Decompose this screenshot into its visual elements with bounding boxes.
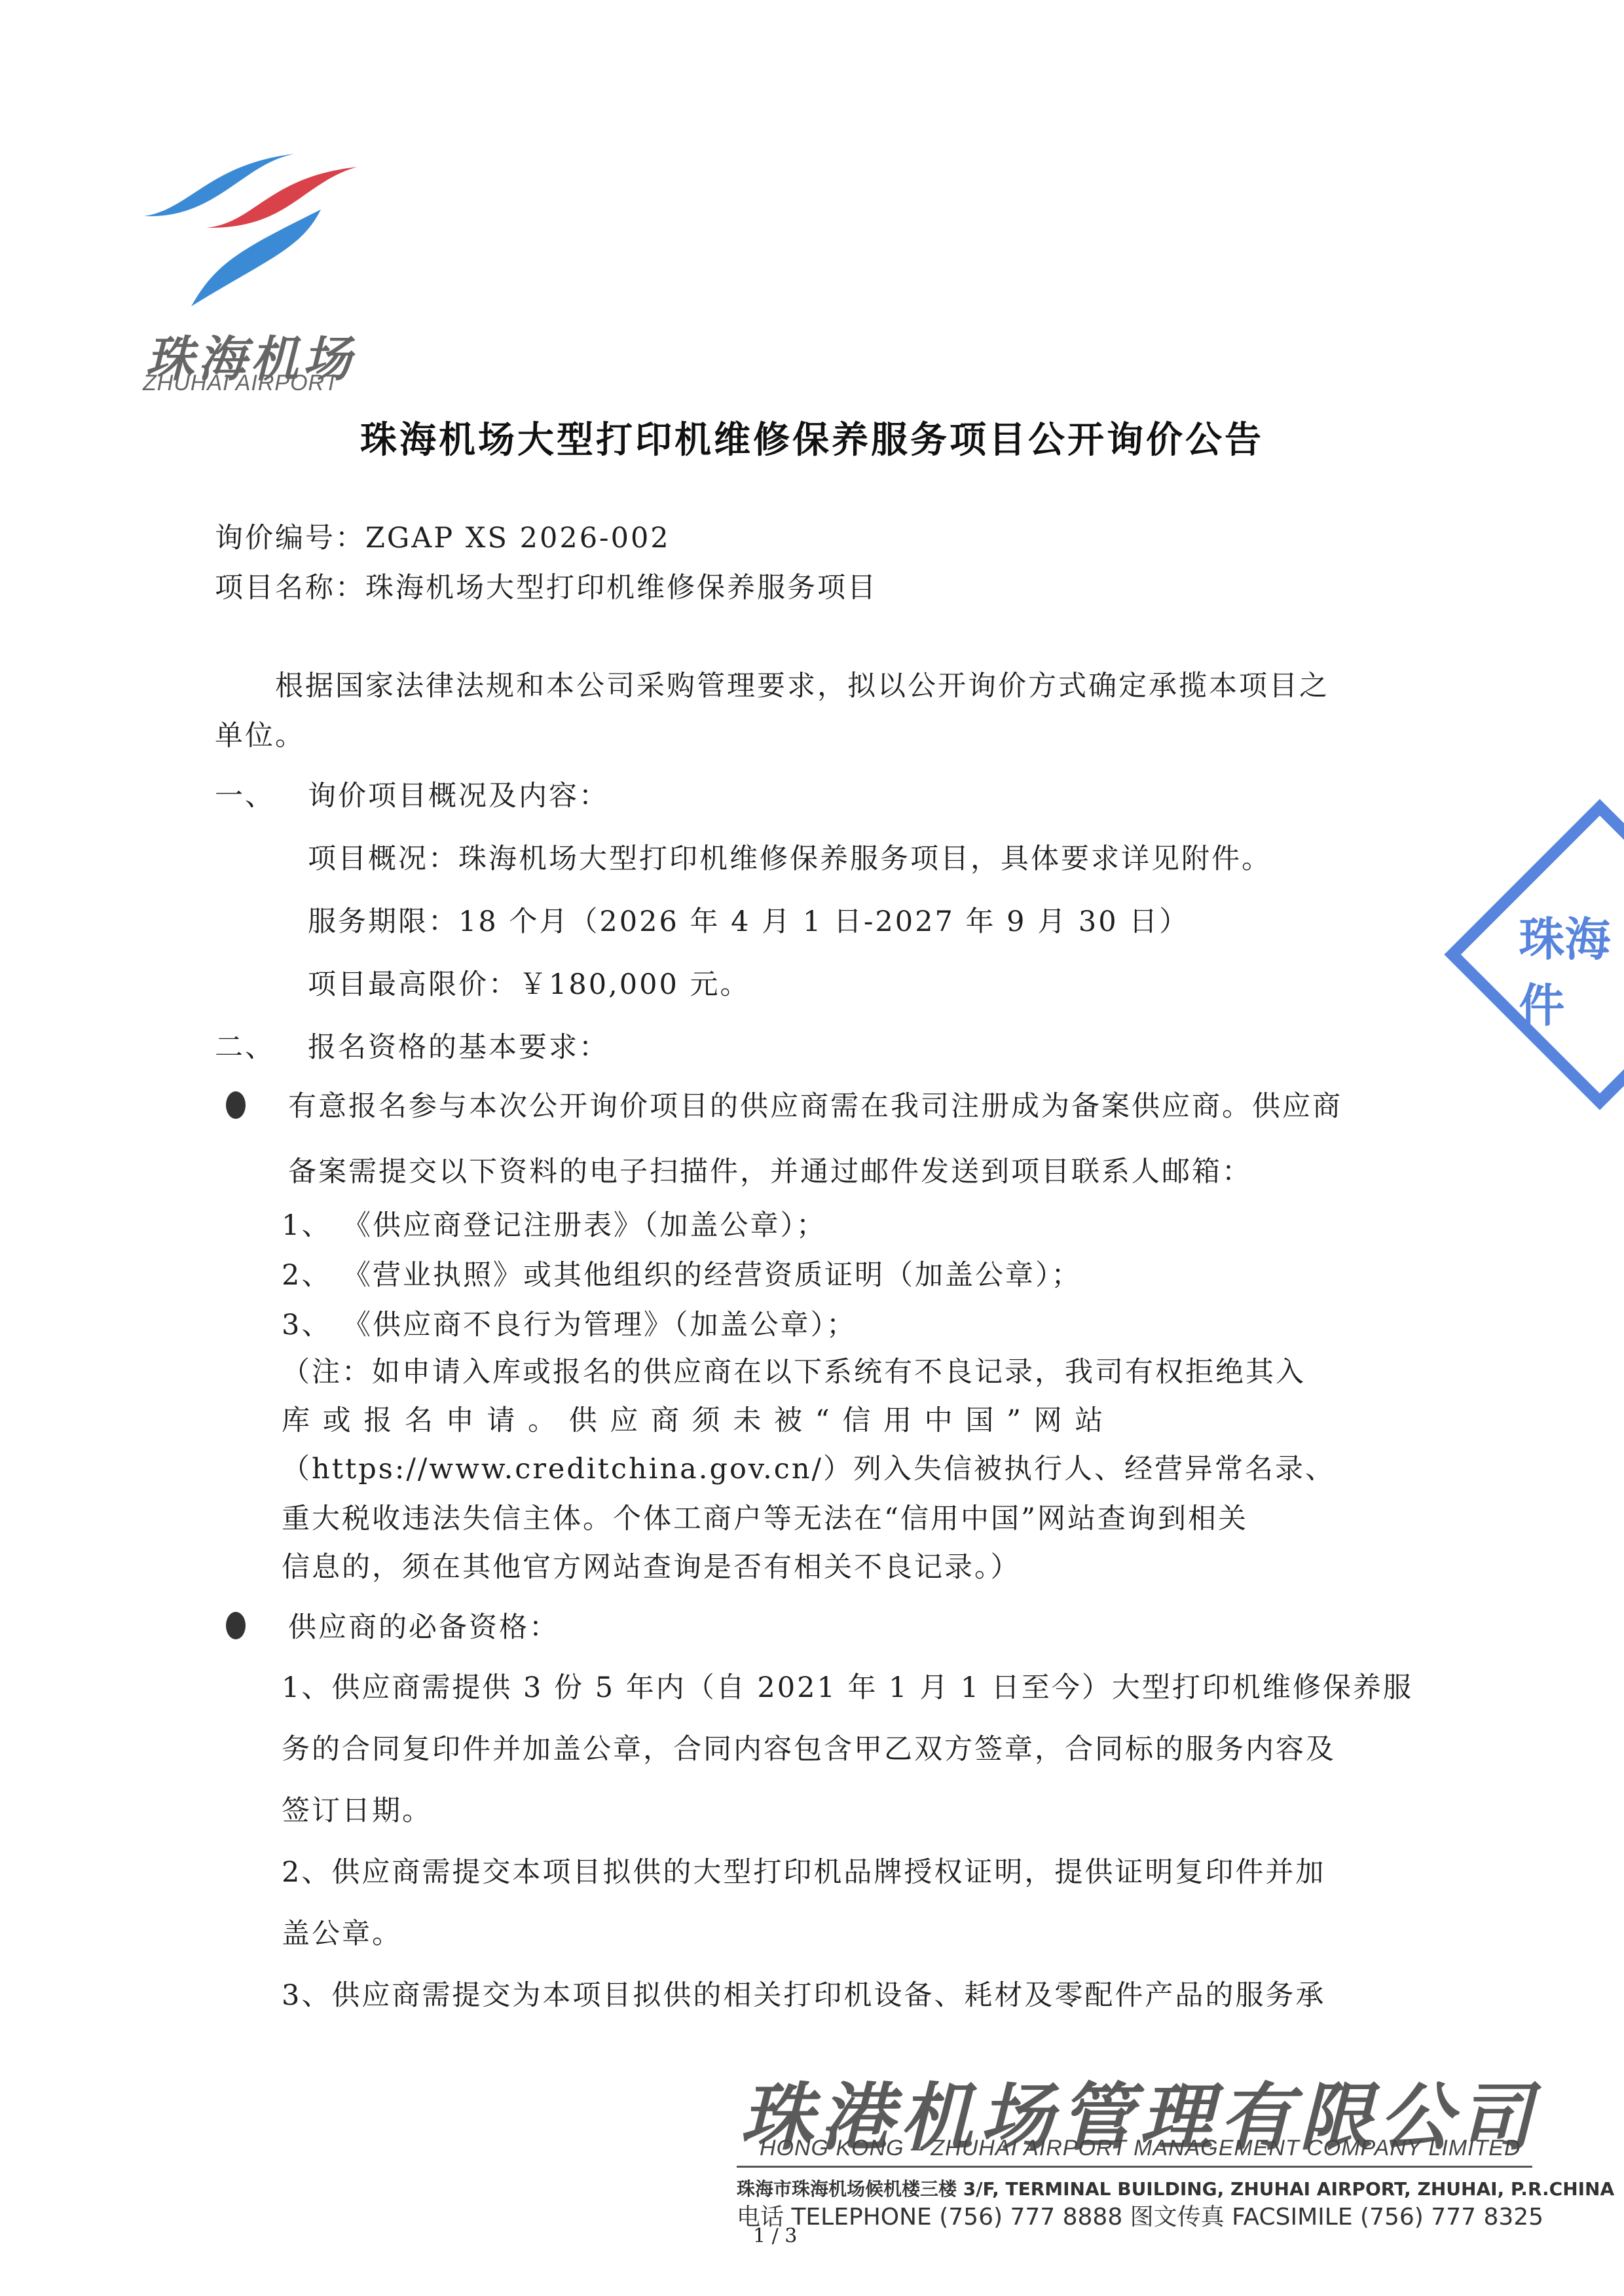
note-line-3: （https://www.creditchina.gov.cn/）列入失信被执行… — [282, 1449, 1335, 1489]
required-doc-1: 1、 《供应商登记注册表》（加盖公章）； — [282, 1206, 826, 1245]
page-number: 1 / 3 — [753, 2225, 797, 2248]
required-doc-3: 3、 《供应商不良行为管理》（加盖公章）； — [282, 1305, 857, 1345]
qualification-2-line-1: 2、供应商需提交本项目拟供的大型打印机品牌授权证明，提供证明复印件并加 — [282, 1853, 1325, 1892]
stamp-text: 珠海 文 件 — [1519, 903, 1624, 1035]
inquiry-number: 询价编号：ZGAP XS 2026-002 — [215, 519, 671, 558]
footer-address: 珠海市珠海机场候机楼三楼 3/F, TERMINAL BUILDING, ZHU… — [737, 2175, 1614, 2201]
note-line-1: （注：如申请入库或报名的供应商在以下系统有不良记录，我司有权拒绝其入 — [282, 1353, 1306, 1392]
project-overview: 项目概况：珠海机场大型打印机维修保养服务项目，具体要求详见附件。 — [308, 839, 1272, 879]
bullet-icon — [226, 1091, 246, 1119]
footer-contact: 电话 TELEPHONE (756) 777 8888 图文传真 FACSIMI… — [737, 2198, 1543, 2232]
note-line-4: 重大税收违法失信主体。个体工商户等无法在“信用中国”网站查询到相关 — [282, 1499, 1248, 1539]
logo-english-name: ZHUHAI AIRPORT — [143, 371, 339, 396]
bullet-icon — [226, 1612, 246, 1639]
intro-line-1: 根据国家法律法规和本公司采购管理要求，拟以公开询价方式确定承揽本项目之 — [275, 666, 1329, 706]
document-title: 珠海机场大型打印机维修保养服务项目公开询价公告 — [0, 411, 1624, 464]
footer-divider — [737, 2166, 1532, 2168]
qualification-1-line-2: 务的合同复印件并加盖公章，合同内容包含甲乙双方签章，合同标的服务内容及 — [282, 1730, 1336, 1769]
qualification-2-line-2: 盖公章。 — [282, 1914, 402, 1954]
section-1-number: 一、 — [215, 776, 275, 816]
official-seal-stamp: 珠海 文 件 — [1444, 799, 1624, 1110]
bullet-2-heading: 供应商的必备资格： — [288, 1608, 559, 1647]
note-line-5: 信息的，须在其他官方网站查询是否有相关不良记录。） — [282, 1548, 1021, 1587]
bullet-1-line-2: 备案需提交以下资料的电子扫描件，并通过邮件发送到项目联系人邮箱： — [288, 1152, 1252, 1192]
section-2-heading: 报名资格的基本要求： — [308, 1028, 609, 1067]
qualification-3-line-1: 3、供应商需提交为本项目拟供的相关打印机设备、耗材及零配件产品的服务承 — [282, 1976, 1325, 2015]
airport-logo-icon — [131, 137, 367, 308]
required-doc-2: 2、 《营业执照》或其他组织的经营资质证明（加盖公章）； — [282, 1256, 1082, 1295]
qualification-1-line-1: 1、供应商需提供 3 份 5 年内（自 2021 年 1 月 1 日至今）大型打… — [282, 1668, 1413, 1707]
intro-line-2: 单位。 — [215, 716, 305, 756]
project-name: 项目名称：珠海机场大型打印机维修保养服务项目 — [215, 568, 877, 608]
bullet-1-line-1: 有意报名参与本次公开询价项目的供应商需在我司注册成为备案供应商。供应商 — [288, 1087, 1342, 1126]
note-line-2: 库 或 报 名 申 请 。 供 应 商 须 未 被 “ 信 用 中 国 ” 网 … — [282, 1401, 1105, 1440]
section-2-number: 二、 — [215, 1028, 275, 1067]
section-1-heading: 询价项目概况及内容： — [308, 776, 609, 816]
service-period: 服务期限：18 个月（2026 年 4 月 1 日-2027 年 9 月 30 … — [308, 902, 1189, 941]
footer-company-english: HONG KONG – ZHUHAI AIRPORT MANAGEMENT CO… — [760, 2136, 1521, 2161]
max-price: 项目最高限价：￥180,000 元。 — [308, 965, 750, 1004]
qualification-1-line-3: 签订日期。 — [282, 1791, 432, 1831]
